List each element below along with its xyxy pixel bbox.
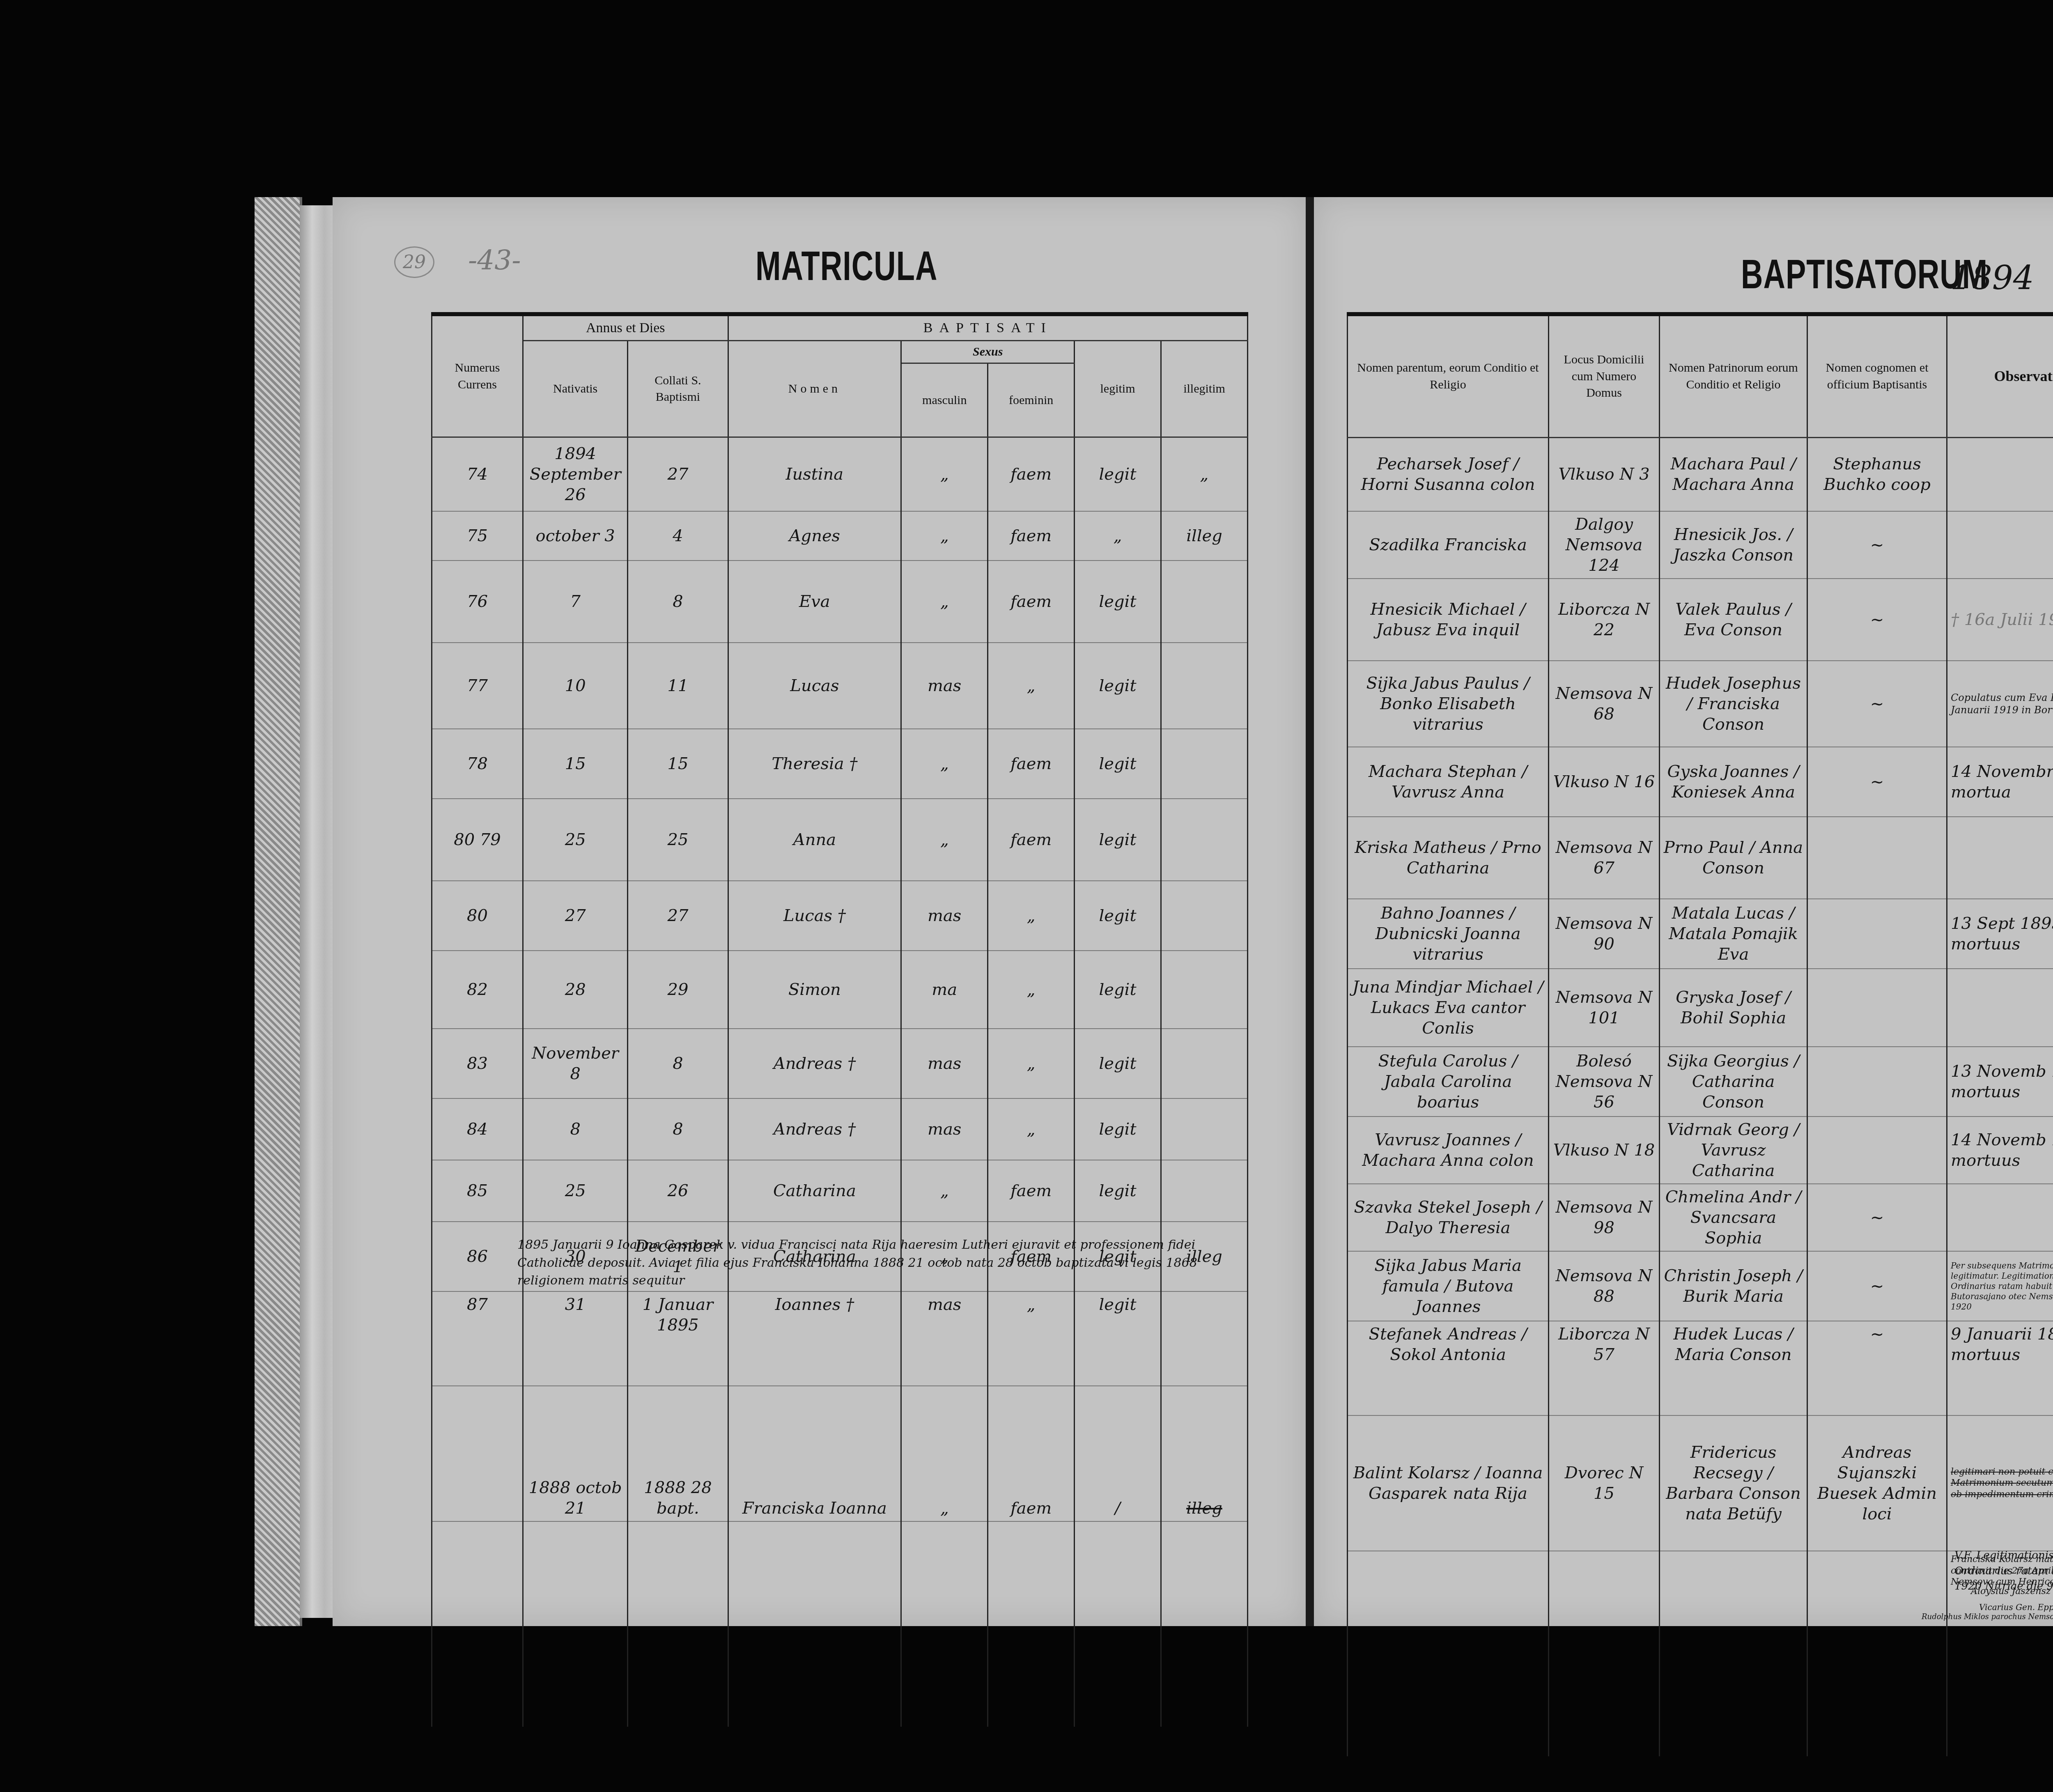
birth-date: october 3 xyxy=(523,511,628,561)
baptizer: Stephanus Buchko coop xyxy=(1807,437,1947,511)
godparents: Christin Joseph / Burik Maria xyxy=(1660,1251,1807,1321)
baptizer: ~ xyxy=(1807,511,1947,579)
domicile: Nemsova N 101 xyxy=(1549,969,1660,1047)
godparents: Vidrnak Georg / Vavrusz Catharina xyxy=(1660,1117,1807,1184)
table-row: Szavka Stekel Joseph / Dalyo Theresia Ne… xyxy=(1348,1184,2053,1251)
table-row: Bahno Joannes / Dubnicski Joanna vitrari… xyxy=(1348,899,2053,969)
col-annus-group: Annus et Dies xyxy=(523,314,728,340)
col-foeminin: foeminin xyxy=(988,363,1075,437)
domicile: Vlkuso N 18 xyxy=(1549,1117,1660,1184)
observations: 14 Novemb 1894 mortuus xyxy=(1947,1117,2053,1184)
parents: Bahno Joannes / Dubnicski Joanna vitrari… xyxy=(1348,899,1549,969)
baptism-date: 27 xyxy=(628,437,728,511)
col-baptisati-group: BAPTISATI xyxy=(728,314,1248,340)
col-nomen: Nomen xyxy=(728,340,901,437)
illegitimate: illeg xyxy=(1161,511,1247,561)
table-row: Sijka Jabus Maria famula / Butova Joanne… xyxy=(1348,1251,2053,1321)
legitimate: legit xyxy=(1075,951,1161,1029)
book-cover-edge xyxy=(255,197,302,1626)
observations: Copulatus cum Eva Krajcsi die 29 Januari… xyxy=(1947,661,2053,747)
table-row: Hnesicik Michael / Jabusz Eva inquil Lib… xyxy=(1348,579,2053,661)
child-name: Andreas † xyxy=(728,1029,901,1098)
baptism-date: 8 xyxy=(628,561,728,643)
sex-female: faem xyxy=(988,729,1075,799)
table-row: 75 october 3 4 Agnes „ faem „ illeg xyxy=(432,511,1248,561)
sex-female: faem xyxy=(988,799,1075,881)
entry-number: 83 xyxy=(432,1029,523,1098)
birth-date: 1894 September 26 xyxy=(523,437,628,511)
godparents: Sijka Georgius / Catharina Conson xyxy=(1660,1047,1807,1117)
parents: Pecharsek Josef / Horni Susanna colon xyxy=(1348,437,1549,511)
observations: 14 Novembri 1899 mortua xyxy=(1947,747,2053,817)
legitimate: legit xyxy=(1075,1029,1161,1098)
legitimate: legit xyxy=(1075,1291,1161,1386)
godparents: Valek Paulus / Eva Conson xyxy=(1660,579,1807,661)
observations xyxy=(1947,1184,2053,1251)
legitimate: legit xyxy=(1075,643,1161,729)
late-baptism-date: 1888 28 bapt. xyxy=(628,1386,728,1521)
entry-number: 84 xyxy=(432,1098,523,1160)
late-domicile: Dvorec N 15 xyxy=(1549,1415,1660,1551)
table-row-late-entry: 1888 octob 21 1888 28 bapt. Franciska Io… xyxy=(432,1386,1248,1521)
legitimate: legit xyxy=(1075,1098,1161,1160)
baptizer xyxy=(1807,817,1947,899)
observations: † 16a Julii 1913 xyxy=(1947,579,2053,661)
godparents: Gryska Josef / Bohil Sophia xyxy=(1660,969,1807,1047)
table-row: 76 7 8 Eva „ faem legit xyxy=(432,561,1248,643)
child-name: Agnes xyxy=(728,511,901,561)
open-register-book: 29 -43- MATRICULA Numerus Currens Annus … xyxy=(255,197,2053,1626)
table-row: Szadilka Franciska Dalgoy Nemsova 124 Hn… xyxy=(1348,511,2053,579)
illegitimate xyxy=(1161,561,1247,643)
entry-number: 78 xyxy=(432,729,523,799)
child-name: Theresia † xyxy=(728,729,901,799)
illegitimate: „ xyxy=(1161,437,1247,511)
parents: Szavka Stekel Joseph / Dalyo Theresia xyxy=(1348,1184,1549,1251)
sex-female: „ xyxy=(988,1029,1075,1098)
sex-male: mas xyxy=(901,1291,988,1386)
entry-number: 86 xyxy=(432,1222,523,1291)
observations xyxy=(1947,817,2053,899)
sex-male: „ xyxy=(901,511,988,561)
entry-number: 75 xyxy=(432,511,523,561)
birth-date: 25 xyxy=(523,1160,628,1222)
table-row: Stefanek Andreas / Sokol Antonia Liborcz… xyxy=(1348,1321,2053,1415)
observations xyxy=(1947,437,2053,511)
domicile: Nemsova N 90 xyxy=(1549,899,1660,969)
table-row: Juna Mindjar Michael / Lukacs Eva cantor… xyxy=(1348,969,2053,1047)
domicile: Liborcza N 57 xyxy=(1549,1321,1660,1415)
table-row: 77 10 11 Lucas mas „ legit xyxy=(432,643,1248,729)
late-observation-crossed: legitimari non potuit cum Matrimonium se… xyxy=(1947,1415,2053,1551)
child-name: Eva xyxy=(728,561,901,643)
table-row: 82 28 29 Simon ma „ legit xyxy=(432,951,1248,1029)
parents: Sijka Jabus Paulus / Bonko Elisabeth vit… xyxy=(1348,661,1549,747)
godparents: Hudek Lucas / Maria Conson xyxy=(1660,1321,1807,1415)
sex-female: „ xyxy=(988,951,1075,1029)
legitimate: legit xyxy=(1075,561,1161,643)
illegitimate xyxy=(1161,881,1247,951)
child-name: Ioannes † xyxy=(728,1291,901,1386)
baptism-date: 26 xyxy=(628,1160,728,1222)
baptism-date: 8 xyxy=(628,1029,728,1098)
illegitimate xyxy=(1161,729,1247,799)
table-row: Sijka Jabus Paulus / Bonko Elisabeth vit… xyxy=(1348,661,2053,747)
sex-male: „ xyxy=(901,437,988,511)
baptizer xyxy=(1807,1047,1947,1117)
parents: Juna Mindjar Michael / Lukacs Eva cantor… xyxy=(1348,969,1549,1047)
left-page: 29 -43- MATRICULA Numerus Currens Annus … xyxy=(333,197,1306,1626)
late-baptizer: Andreas Sujanszki Buesek Admin loci xyxy=(1807,1415,1947,1551)
observations xyxy=(1947,969,2053,1047)
sex-male: ma xyxy=(901,951,988,1029)
domicile: Nemsova N 88 xyxy=(1549,1251,1660,1321)
table-row: 85 25 26 Catharina „ faem legit xyxy=(432,1160,1248,1222)
legitimate: legit xyxy=(1075,729,1161,799)
baptizer: ~ xyxy=(1807,747,1947,817)
child-name: Simon xyxy=(728,951,901,1029)
birth-date: 8 xyxy=(523,1098,628,1160)
table-row-notes: Franciska Kolarsz matrimonium contraxit … xyxy=(1348,1551,2053,1756)
domicile: Vlkuso N 3 xyxy=(1549,437,1660,511)
sex-female: „ xyxy=(988,1098,1075,1160)
sex-female: faem xyxy=(988,437,1075,511)
domicile: Nemsova N 67 xyxy=(1549,817,1660,899)
baptism-date: 1 Januar 1895 xyxy=(628,1291,728,1386)
baptism-date: 15 xyxy=(628,729,728,799)
illegitimate xyxy=(1161,1291,1247,1386)
birth-date: November 8 xyxy=(523,1029,628,1098)
birth-date: 31 xyxy=(523,1291,628,1386)
signature-parish-priest: Rudolphus Miklos parochus Nemsoviensis xyxy=(1922,1612,2053,1622)
folio-number: -43- xyxy=(468,244,521,276)
sex-male: „ xyxy=(901,561,988,643)
year-handwritten: 1894 xyxy=(1950,259,2034,297)
late-godparents: Fridericus Recsegy / Barbara Conson nata… xyxy=(1660,1415,1807,1551)
birth-date: 25 xyxy=(523,799,628,881)
col-godparents: Nomen Patrinorum eorum Conditio et Relig… xyxy=(1660,314,1807,437)
parents: Hnesicik Michael / Jabusz Eva inquil xyxy=(1348,579,1549,661)
baptizer: ~ xyxy=(1807,1184,1947,1251)
illegitimate xyxy=(1161,951,1247,1029)
col-nativatis: Nativatis xyxy=(523,340,628,437)
child-name: Iustina xyxy=(728,437,901,511)
signature-vicar: Aloysius Jaszensz m.p. xyxy=(1971,1585,2053,1598)
col-baptizer: Nomen cognomen et officium Baptisantis xyxy=(1807,314,1947,437)
legitimate: legit xyxy=(1075,1160,1161,1222)
entry-number: 77 xyxy=(432,643,523,729)
birth-date: 15 xyxy=(523,729,628,799)
table-row-empty xyxy=(432,1521,1248,1727)
illegitimate xyxy=(1161,643,1247,729)
baptism-date: 11 xyxy=(628,643,728,729)
table-row: 80 27 27 Lucas † mas „ legit xyxy=(432,881,1248,951)
folio-circle: 29 xyxy=(394,246,434,278)
observations: 13 Novemb 1894 mortuus xyxy=(1947,1047,2053,1117)
domicile: Nemsova N 68 xyxy=(1549,661,1660,747)
table-row: 87 31 1 Januar 1895 Ioannes † mas „ legi… xyxy=(432,1291,1248,1386)
baptism-date: 4 xyxy=(628,511,728,561)
col-sexus-group: Sexus xyxy=(901,340,1075,363)
godparents: Hudek Josephus / Franciska Conson xyxy=(1660,661,1807,747)
entry-number: 87 xyxy=(432,1291,523,1386)
col-legitim: legitim xyxy=(1075,340,1161,437)
sex-male: mas xyxy=(901,1029,988,1098)
parents: Kriska Matheus / Prno Catharina xyxy=(1348,817,1549,899)
legitimate: legit xyxy=(1075,437,1161,511)
legitimate: legit xyxy=(1075,881,1161,951)
baptism-date: 8 xyxy=(628,1098,728,1160)
godparents: Gyska Joannes / Koniesek Anna xyxy=(1660,747,1807,817)
child-name: Anna xyxy=(728,799,901,881)
parents: Vavrusz Joannes / Machara Anna colon xyxy=(1348,1117,1549,1184)
sex-female: „ xyxy=(988,1291,1075,1386)
page-title-matricula: MATRICULA xyxy=(756,242,937,289)
sex-male: mas xyxy=(901,643,988,729)
baptism-date: 27 xyxy=(628,881,728,951)
baptizer: ~ xyxy=(1807,661,1947,747)
late-birth-date: 1888 octob 21 xyxy=(523,1386,628,1521)
right-page: BAPTISATORUM 1894 43 Nomen parentum, eor… xyxy=(1314,197,2053,1626)
sex-female: faem xyxy=(988,511,1075,561)
child-name: Catharina xyxy=(728,1160,901,1222)
child-name: Lucas † xyxy=(728,881,901,951)
entry-number: 82 xyxy=(432,951,523,1029)
observations xyxy=(1947,511,2053,579)
domicile: Bolesó Nemsova N 56 xyxy=(1549,1047,1660,1117)
birth-date: 7 xyxy=(523,561,628,643)
table-row: 83 November 8 8 Andreas † mas „ legit xyxy=(432,1029,1248,1098)
table-row-late-entry: Balint Kolarsz / Ioanna Gasparek nata Ri… xyxy=(1348,1415,2053,1551)
birth-date: 10 xyxy=(523,643,628,729)
baptism-table-right: Nomen parentum, eorum Conditio et Religi… xyxy=(1347,312,2053,1756)
late-child-name: Franciska Ioanna xyxy=(728,1386,901,1521)
late-sex-female: faem xyxy=(988,1386,1075,1521)
sex-male: mas xyxy=(901,881,988,951)
col-parents: Nomen parentum, eorum Conditio et Religi… xyxy=(1348,314,1549,437)
entry-number: 74 xyxy=(432,437,523,511)
domicile: Nemsova N 98 xyxy=(1549,1184,1660,1251)
parents: Stefula Carolus / Jabala Carolina boariu… xyxy=(1348,1047,1549,1117)
table-row: 74 1894 September 26 27 Iustina „ faem l… xyxy=(432,437,1248,511)
child-name: Andreas † xyxy=(728,1098,901,1160)
illegitimate xyxy=(1161,799,1247,881)
baptizer: ~ xyxy=(1807,1251,1947,1321)
late-legitimate: / xyxy=(1075,1386,1161,1521)
parents: Stefanek Andreas / Sokol Antonia xyxy=(1348,1321,1549,1415)
late-illegitimate: illeg xyxy=(1161,1386,1247,1521)
observations: 13 Sept 1895 mortuus xyxy=(1947,899,2053,969)
entry-number: 76 xyxy=(432,561,523,643)
col-observations: Observationes xyxy=(1947,314,2053,437)
domicile: Dalgoy Nemsova 124 xyxy=(1549,511,1660,579)
col-domicile: Locus Domicilii cum Numero Domus xyxy=(1549,314,1660,437)
late-sex-male: „ xyxy=(901,1386,988,1521)
sex-female: „ xyxy=(988,643,1075,729)
birth-date: 27 xyxy=(523,881,628,951)
illegitimate xyxy=(1161,1160,1247,1222)
late-entry-note: 1895 Januarii 9 Ioanna Gasparek v. vidua… xyxy=(517,1236,1248,1290)
entry-number: 85 xyxy=(432,1160,523,1222)
baptizer xyxy=(1807,969,1947,1047)
entry-number: 80 xyxy=(432,881,523,951)
legitimate: „ xyxy=(1075,511,1161,561)
table-row: Machara Stephan / Vavrusz Anna Vlkuso N … xyxy=(1348,747,2053,817)
sex-female: faem xyxy=(988,561,1075,643)
parents: Machara Stephan / Vavrusz Anna xyxy=(1348,747,1549,817)
godparents: Machara Paul / Machara Anna xyxy=(1660,437,1807,511)
table-row: Kriska Matheus / Prno Catharina Nemsova … xyxy=(1348,817,2053,899)
table-row: 84 8 8 Andreas † mas „ legit xyxy=(432,1098,1248,1160)
table-row: Stefula Carolus / Jabala Carolina boariu… xyxy=(1348,1047,2053,1117)
table-row: 78 15 15 Theresia † „ faem legit xyxy=(432,729,1248,799)
godparents: Hnesicik Jos. / Jaszka Conson xyxy=(1660,511,1807,579)
godparents: Matala Lucas / Matala Pomajik Eva xyxy=(1660,899,1807,969)
baptizer xyxy=(1807,1117,1947,1184)
illegitimate xyxy=(1161,1029,1247,1098)
col-numerus: Numerus Currens xyxy=(432,314,523,437)
sex-male: „ xyxy=(901,1160,988,1222)
sex-female: „ xyxy=(988,881,1075,951)
baptizer: ~ xyxy=(1807,1321,1947,1415)
illegitimate xyxy=(1161,1098,1247,1160)
legitimate: legit xyxy=(1075,799,1161,881)
col-masculin: masculin xyxy=(901,363,988,437)
baptism-table-left: Numerus Currens Annus et Dies BAPTISATI … xyxy=(431,312,1248,1727)
baptism-date: 25 xyxy=(628,799,728,881)
col-illegitim: illegitim xyxy=(1161,340,1247,437)
table-row: Pecharsek Josef / Horni Susanna colon Vl… xyxy=(1348,437,2053,511)
sex-female: faem xyxy=(988,1160,1075,1222)
domicile: Liborcza N 22 xyxy=(1549,579,1660,661)
baptism-date: 29 xyxy=(628,951,728,1029)
domicile: Vlkuso N 16 xyxy=(1549,747,1660,817)
godparents: Chmelina Andr / Svancsara Sophia xyxy=(1660,1184,1807,1251)
col-collati: Collati S. Baptismi xyxy=(628,340,728,437)
godparents: Prno Paul / Anna Conson xyxy=(1660,817,1807,899)
baptizer xyxy=(1807,899,1947,969)
observations: 9 Januarii 1895 mortuus xyxy=(1947,1321,2053,1415)
birth-date: 28 xyxy=(523,951,628,1029)
table-row: 80 79 25 25 Anna „ faem legit xyxy=(432,799,1248,881)
sex-male: mas xyxy=(901,1098,988,1160)
sex-male: „ xyxy=(901,799,988,881)
parents: Sijka Jabus Maria famula / Butova Joanne… xyxy=(1348,1251,1549,1321)
entry-number: 80 79 xyxy=(432,799,523,881)
baptizer: ~ xyxy=(1807,579,1947,661)
table-row: Vavrusz Joannes / Machara Anna colon Vlk… xyxy=(1348,1117,2053,1184)
observations: Per subsequens Matrimonium 21 oct 1899 l… xyxy=(1947,1251,2053,1321)
child-name: Lucas xyxy=(728,643,901,729)
late-parents: Balint Kolarsz / Ioanna Gasparek nata Ri… xyxy=(1348,1415,1549,1551)
sex-male: „ xyxy=(901,729,988,799)
parents: Szadilka Franciska xyxy=(1348,511,1549,579)
